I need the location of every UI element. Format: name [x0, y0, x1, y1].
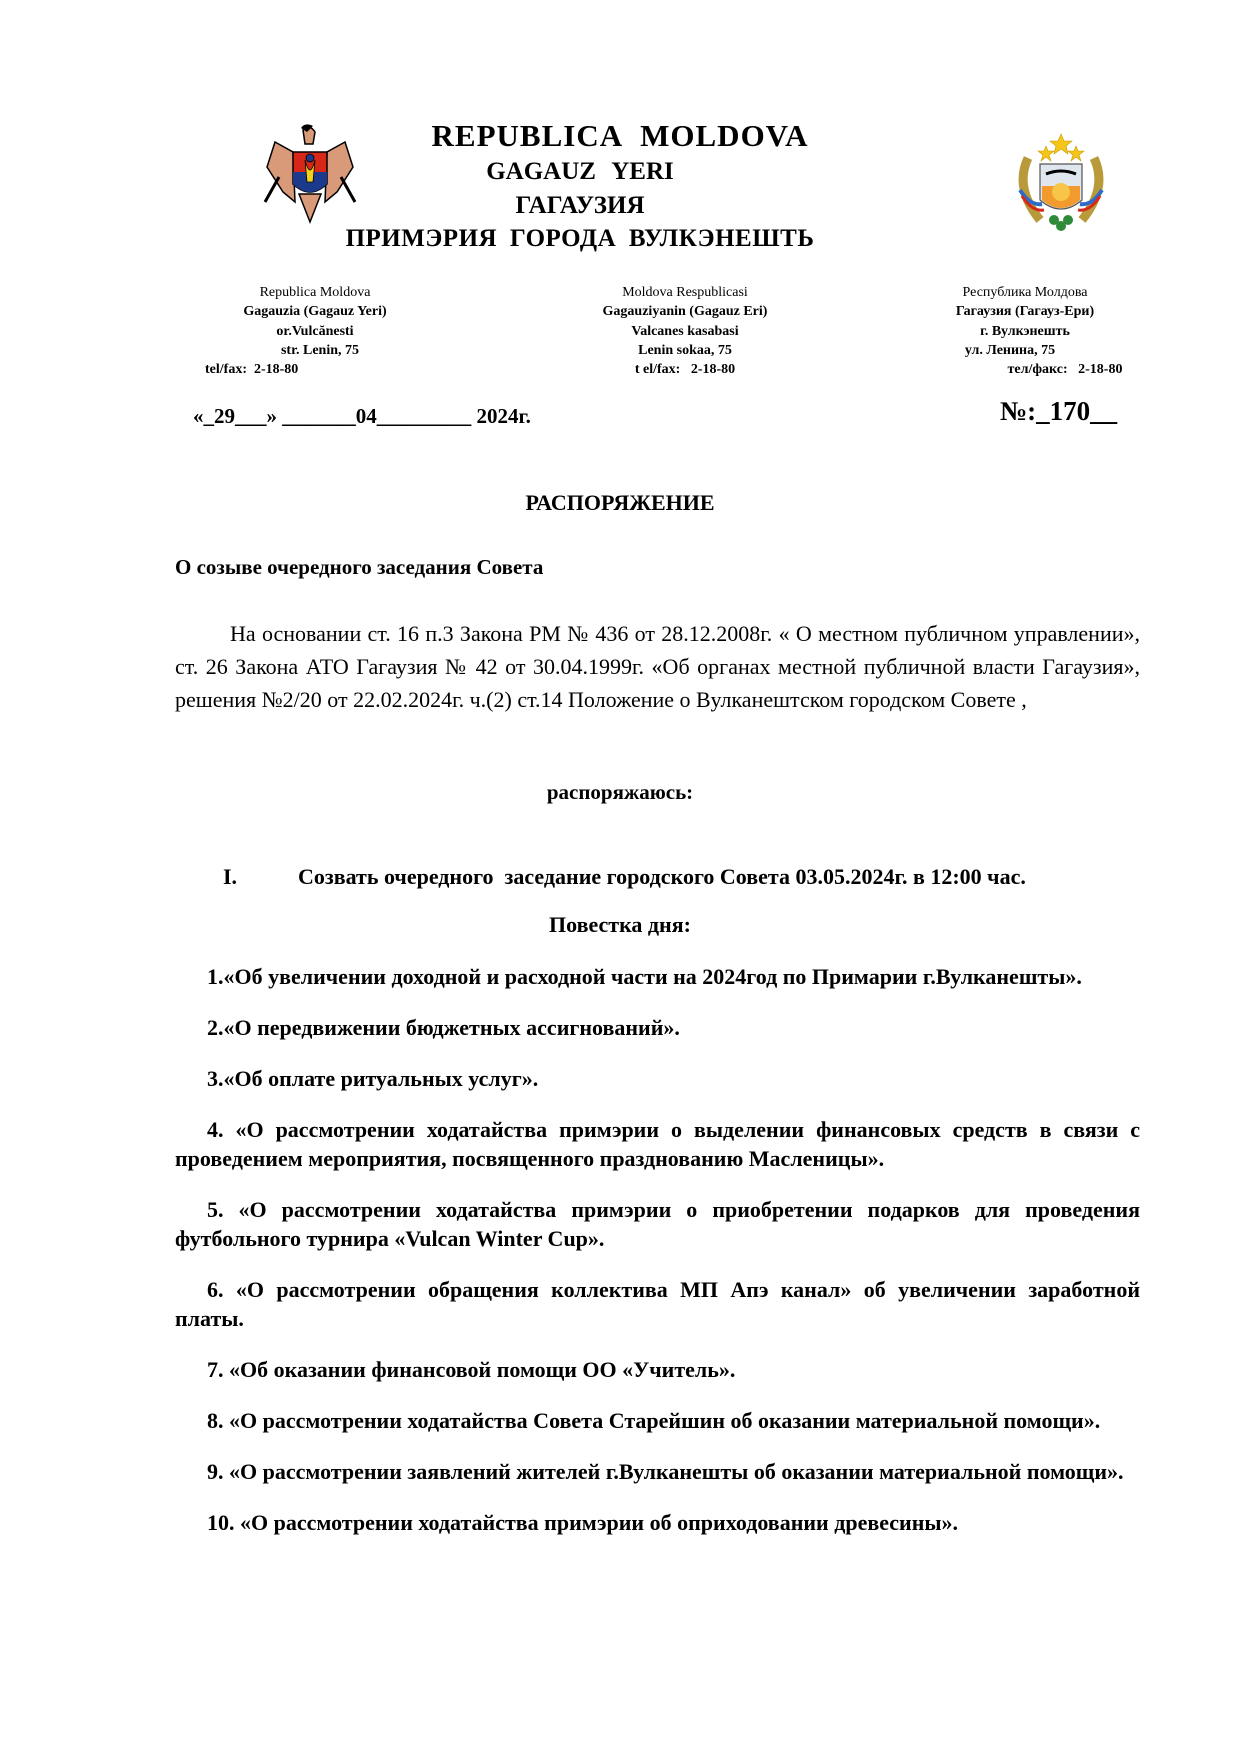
agenda-item: 3.«Об оплате ритуальных услуг».	[175, 1064, 1140, 1093]
dispose-heading: распоряжаюсь:	[0, 780, 1240, 805]
agenda-item: 2.«О передвижении бюджетных ассигнований…	[175, 1013, 1140, 1042]
preamble-paragraph: На основании ст. 16 п.3 Закона РМ № 436 …	[175, 617, 1140, 716]
address-line: Республика Молдова	[905, 283, 1145, 302]
address-line: str. Lenin, 75	[195, 341, 435, 360]
header-title-primaria: ПРИМЭРИЯ ГОРОДА ВУЛКЭНЕШТЬ	[0, 225, 1160, 253]
header-title-gagauzia: ГАГАУЗИЯ	[0, 192, 1160, 220]
address-line: Gagauziyanin (Gagauz Eri)	[565, 302, 805, 321]
address-line: ул. Ленина, 75	[905, 341, 1145, 360]
address-line: г. Вулкэнешть	[905, 322, 1145, 341]
address-line: Gagauzia (Gagauz Yeri)	[195, 302, 435, 321]
document-subject: О созыве очередного заседания Совета	[175, 555, 543, 580]
agenda-item: 4. «О рассмотрении ходатайства примэрии …	[175, 1115, 1140, 1173]
agenda-item: 6. «О рассмотрении обращения коллектива …	[175, 1275, 1140, 1333]
address-line: Lenin sokaa, 75	[565, 341, 805, 360]
document-date: «_29___» _______04_________ 2024г.	[193, 404, 531, 429]
header-title-republica-moldova: REPUBLICA MOLDOVA	[0, 118, 1240, 154]
address-block-gagauz: Moldova Respublicasi Gagauziyanin (Gagau…	[565, 283, 805, 379]
agenda-title: Повестка дня:	[0, 912, 1240, 938]
address-block-romanian: Republica Moldova Gagauzia (Gagauz Yeri)…	[195, 283, 435, 379]
address-line: тел/факс: 2-18-80	[905, 360, 1145, 379]
agenda-item: 1.«Об увеличении доходной и расходной ча…	[175, 962, 1140, 991]
address-line: tel/fax: 2-18-80	[195, 360, 435, 379]
order-number: I.	[223, 864, 298, 890]
address-line: or.Vulcănesti	[195, 322, 435, 341]
agenda-item: 8. «О рассмотрении ходатайства Совета Ст…	[175, 1406, 1140, 1435]
agenda-list: 1.«Об увеличении доходной и расходной ча…	[175, 962, 1140, 1559]
agenda-item: 9. «О рассмотрении заявлений жителей г.В…	[175, 1457, 1140, 1486]
document-title: РАСПОРЯЖЕНИЕ	[0, 490, 1240, 516]
address-line: t el/fax: 2-18-80	[565, 360, 805, 379]
header-title-gagauz-yeri: GAGAUZ YERI	[0, 158, 1160, 186]
address-block-russian: Республика Молдова Гагаузия (Гагауз-Ери)…	[905, 283, 1145, 379]
agenda-item: 10. «О рассмотрении ходатайства примэрии…	[175, 1508, 1140, 1537]
preamble-text: На основании ст. 16 п.3 Закона РМ № 436 …	[175, 621, 1140, 712]
order-text: Созвать очередного заседание городского …	[298, 864, 1026, 889]
document-number: №:_170__	[1000, 396, 1117, 427]
address-line: Гагаузия (Гагауз-Ери)	[905, 302, 1145, 321]
agenda-item: 5. «О рассмотрении ходатайства примэрии …	[175, 1195, 1140, 1253]
address-line: Valcanes kasabasi	[565, 322, 805, 341]
address-line: Republica Moldova	[195, 283, 435, 302]
address-line: Moldova Respublicasi	[565, 283, 805, 302]
order-item: I.Созвать очередного заседание городског…	[212, 838, 1026, 890]
agenda-item: 7. «Об оказании финансовой помощи ОО «Уч…	[175, 1355, 1140, 1384]
